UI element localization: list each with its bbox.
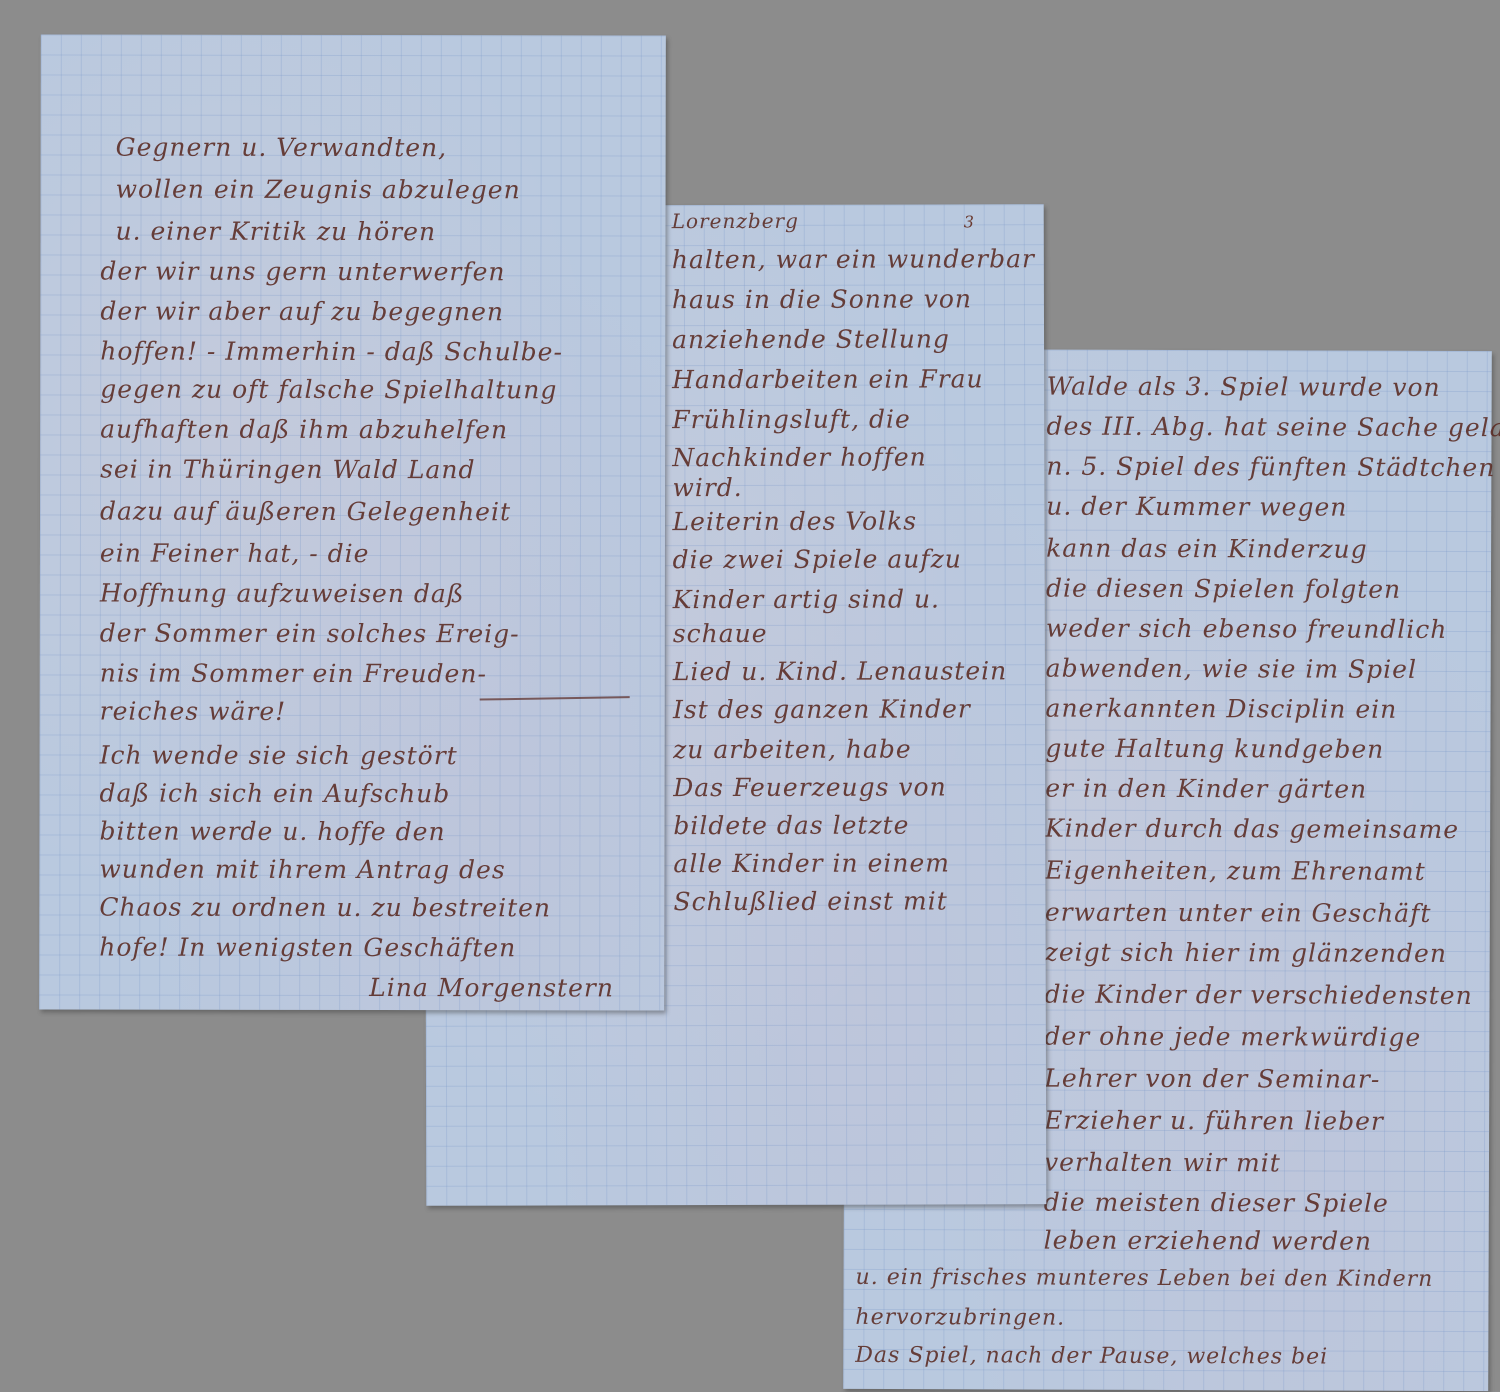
text-line: er in den Kinder gärten xyxy=(1045,774,1367,804)
text-line: gegen zu oft falsche Spielhaltung xyxy=(100,375,557,405)
text-line: u. ein frisches munteres Leben bei den K… xyxy=(856,1265,1434,1292)
text-line: die diesen Spielen folgten xyxy=(1046,574,1401,604)
text-line: die Kinder der verschiedensten xyxy=(1045,980,1473,1010)
text-line: die meisten dieser Spiele xyxy=(1044,1188,1389,1218)
text-line: der ohne jede merkwürdige xyxy=(1044,1022,1421,1052)
text-line: Lorenzberg xyxy=(672,209,799,233)
text-line: Frühlingsluft, die xyxy=(672,405,911,435)
text-line: des III. Abg. hat seine Sache gelastet xyxy=(1046,412,1500,443)
text-line: hervorzubringen. xyxy=(855,1305,1065,1331)
text-line: bildete das letzte xyxy=(673,811,909,841)
text-line: Das Feuerzeugs von xyxy=(673,772,947,802)
text-line: Ist des ganzen Kinder xyxy=(673,694,971,724)
text-line: hofe! In wenigsten Geschäften xyxy=(99,933,516,963)
text-line: der Sommer ein solches Ereig- xyxy=(100,619,520,649)
text-line: Eigenheiten, zum Ehrenamt xyxy=(1045,856,1426,886)
text-line: Schlußlied einst mit xyxy=(673,886,947,916)
text-line: Walde als 3. Spiel wurde von xyxy=(1047,372,1441,402)
letter-page-left: Gegnern u. Verwandten, wollen ein Zeugni… xyxy=(39,34,666,1010)
text-line: weder sich ebenso freundlich xyxy=(1046,614,1448,644)
text-line: Lehrer von der Seminar- xyxy=(1044,1064,1380,1094)
ink-flourish xyxy=(480,696,630,700)
text-line: dazu auf äußeren Gelegenheit xyxy=(100,497,511,527)
page-number: 3 xyxy=(964,212,974,231)
text-line: wunden mit ihrem Antrag des xyxy=(99,855,505,885)
text-line: schaue xyxy=(673,619,768,648)
text-line: bitten werde u. hoffe den xyxy=(99,817,445,847)
text-line: Kinder durch das gemeinsame xyxy=(1045,814,1459,844)
text-line: zeigt sich hier im glänzenden xyxy=(1045,938,1447,968)
text-line: abwenden, wie sie im Spiel xyxy=(1046,654,1417,684)
text-line: leben erziehend werden xyxy=(1044,1226,1372,1256)
text-line: Erzieher u. führen lieber xyxy=(1044,1106,1384,1136)
text-line: nis im Sommer ein Freuden- xyxy=(100,659,487,689)
text-line: Lied u. Kind. Lenaustein xyxy=(673,656,1007,686)
text-line: Kinder artig sind u. xyxy=(673,584,940,614)
text-line: Nachkinder hoffen xyxy=(672,442,926,472)
text-line: Hoffnung aufzuweisen daß xyxy=(100,579,465,609)
text-line: die zwei Spiele aufzu xyxy=(673,544,962,574)
text-line: n. 5. Spiel des fünften Städtchen xyxy=(1046,452,1495,483)
text-line: u. einer Kritik zu hören xyxy=(115,217,436,247)
text-line: Ich wende sie sich gestört xyxy=(100,741,458,771)
text-line: Handarbeiten ein Frau xyxy=(672,364,984,394)
text-line: sei in Thüringen Wald Land xyxy=(100,455,475,485)
text-line: halten, war ein wunderbar xyxy=(672,244,1035,274)
text-line: Leiterin des Volks xyxy=(672,507,917,537)
text-line: kann das ein Kinderzug xyxy=(1046,534,1368,564)
handwritten-text: Gegnern u. Verwandten, wollen ein Zeugni… xyxy=(41,34,666,35)
signature: Lina Morgenstern xyxy=(369,973,614,1002)
text-line: Das Spiel, nach der Pause, welches bei xyxy=(855,1343,1328,1370)
text-line: der wir aber auf zu begegnen xyxy=(100,297,504,327)
text-line: anziehende Stellung xyxy=(672,324,950,354)
text-line: hoffen! - Immerhin - daß Schulbe- xyxy=(100,337,563,367)
text-line: wollen ein Zeugnis abzulegen xyxy=(116,175,521,205)
text-line: reiches wäre! xyxy=(100,697,287,726)
text-line: haus in die Sonne von xyxy=(672,284,972,314)
text-line: ein Feiner hat, - die xyxy=(100,539,370,568)
text-line: Chaos zu ordnen u. zu bestreiten xyxy=(99,893,551,923)
text-line: aufhaften daß ihm abzuhelfen xyxy=(100,415,508,445)
text-line: gute Haltung kundgeben xyxy=(1045,734,1384,764)
text-line: daß ich sich ein Aufschub xyxy=(100,779,451,809)
text-line: u. der Kummer wegen xyxy=(1046,492,1347,522)
text-line: alle Kinder in einem xyxy=(673,848,950,878)
text-line: zu arbeiten, habe xyxy=(673,735,912,765)
text-line: wird. xyxy=(672,473,742,502)
text-line: anerkannten Disciplin ein xyxy=(1046,694,1398,724)
text-line: verhalten wir mit xyxy=(1044,1148,1281,1178)
text-line: der wir uns gern unterwerfen xyxy=(100,257,505,287)
text-line: erwarten unter ein Geschäft xyxy=(1045,898,1432,928)
text-line: Gegnern u. Verwandten, xyxy=(116,133,448,163)
